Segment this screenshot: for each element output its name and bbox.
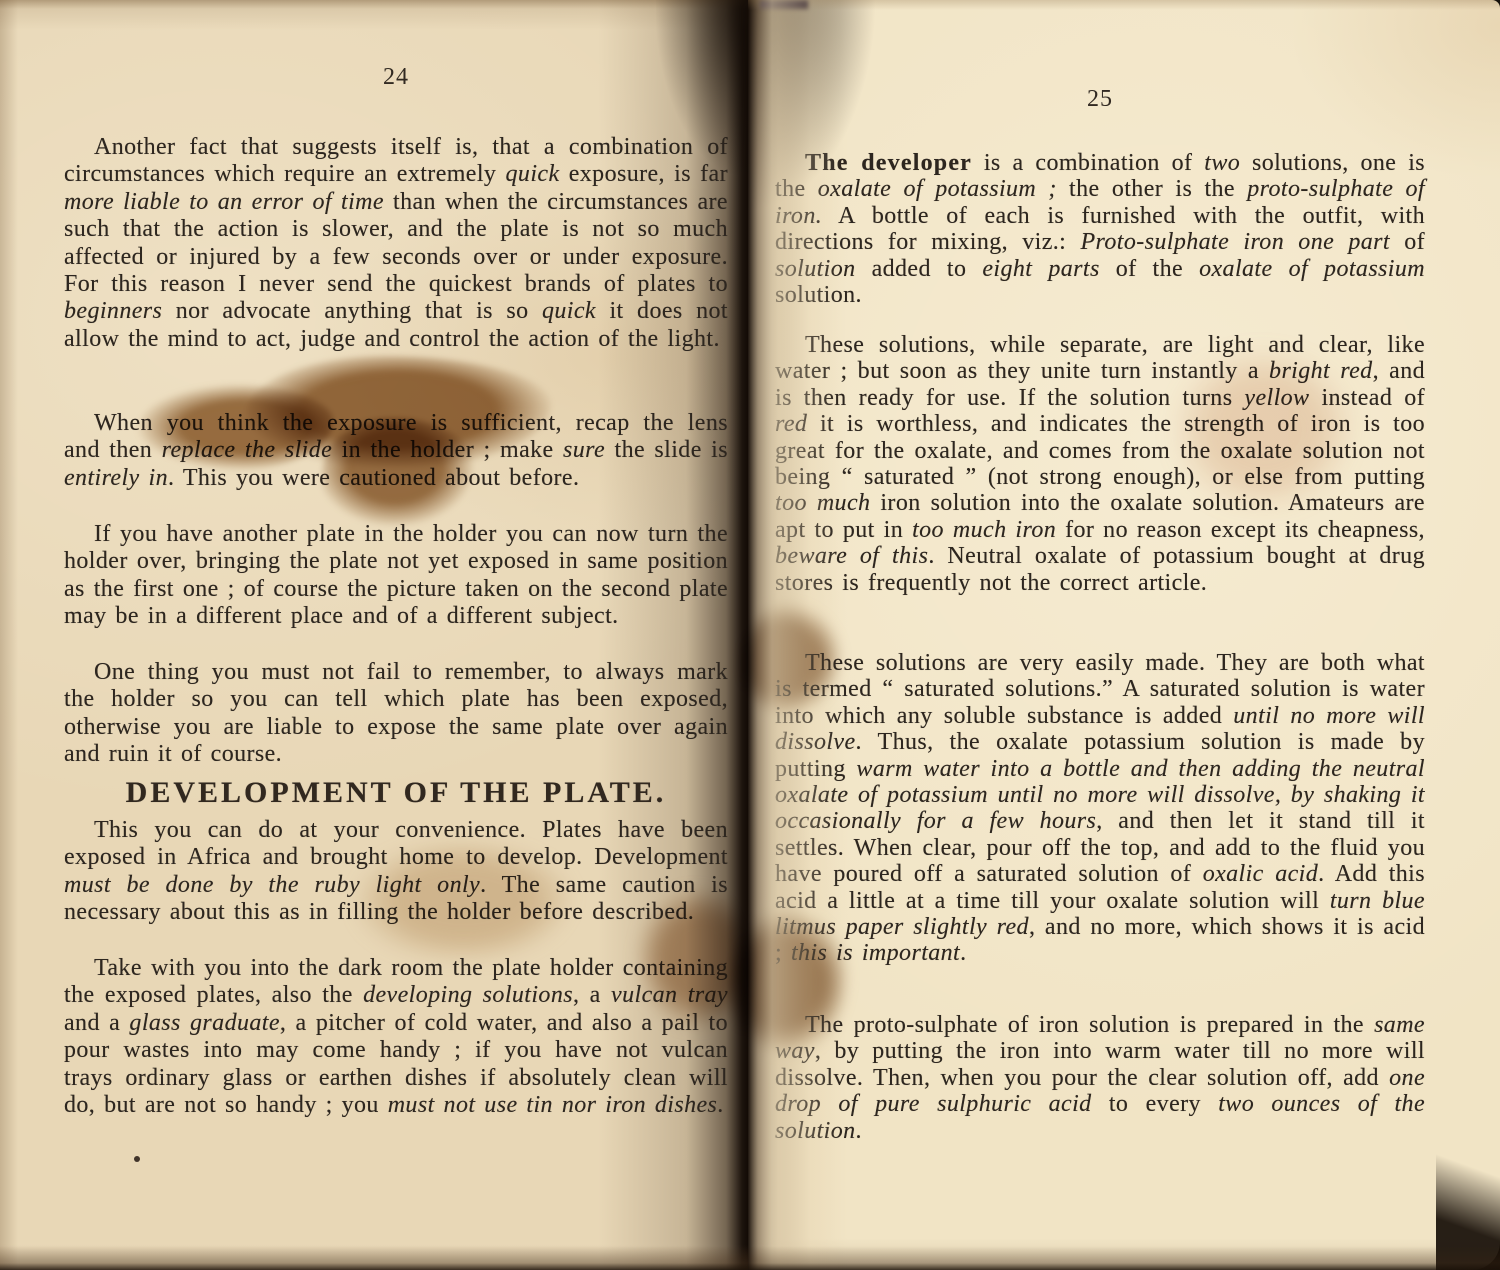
ink-dot [134,1156,140,1162]
paragraph: This you can do at your convenience. Pla… [64,817,728,927]
book-scan: { "palette": { "ink": "#2d261f", "left_p… [0,0,1500,1270]
paragraph: When you think the exposure is sufficien… [64,410,728,492]
left-page: 24 Another fact that suggests itself is,… [0,0,748,1270]
paragraph: These solutions, while separate, are lig… [775,332,1425,596]
paragraph: Take with you into the dark room the pla… [64,955,728,1119]
paragraph: The developer is a combination of two so… [775,150,1425,308]
paragraph: If you have another plate in the holder … [64,521,728,631]
left-page-number: 24 [64,64,728,91]
page-edge-shadow [760,0,808,9]
section-heading: DEVELOPMENT OF THE PLATE. [64,776,728,810]
paragraph: These solutions are very easily made. Th… [775,650,1425,967]
right-page-number: 25 [775,86,1425,113]
paragraph: One thing you must not fail to remember,… [64,659,728,769]
paragraph: The proto-sulphate of iron solution is p… [775,1012,1425,1144]
paragraph: Another fact that suggests itself is, th… [64,134,728,353]
right-page: 25 The developer is a combination of two… [748,0,1500,1270]
